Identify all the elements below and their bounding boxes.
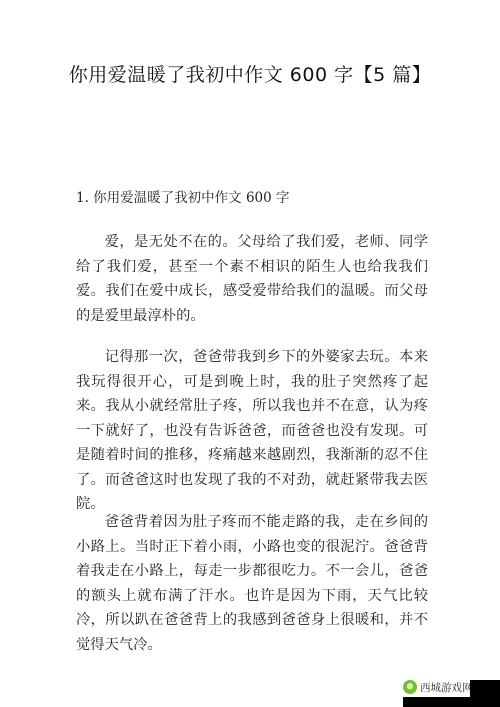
paragraph-2: 记得那一次，爸爸带我到乡下的外婆家去玩。本来我玩得很开心，可是到晚上时，我的肚子… [76, 345, 428, 517]
watermark-dark-block [470, 680, 500, 707]
paragraph-1: 爱，是无处不在的。父母给了我们爱，老师、同学给了我们爱，甚至一个素不相识的陌生人… [76, 230, 428, 328]
watermark-text: 西城游戏网 [420, 680, 473, 695]
section-heading: 1. 你用爱温暖了我初中作文 600 字 [76, 186, 290, 206]
document-title: 你用爱温暖了我初中作文 600 字【5 篇】 [0, 60, 500, 87]
paragraph-3: 爸爸背着因为肚子疼而不能走路的我，走在乡间的小路上。当时正下着小雨，小路也变的很… [76, 510, 428, 657]
leaf-logo-icon [403, 680, 417, 694]
